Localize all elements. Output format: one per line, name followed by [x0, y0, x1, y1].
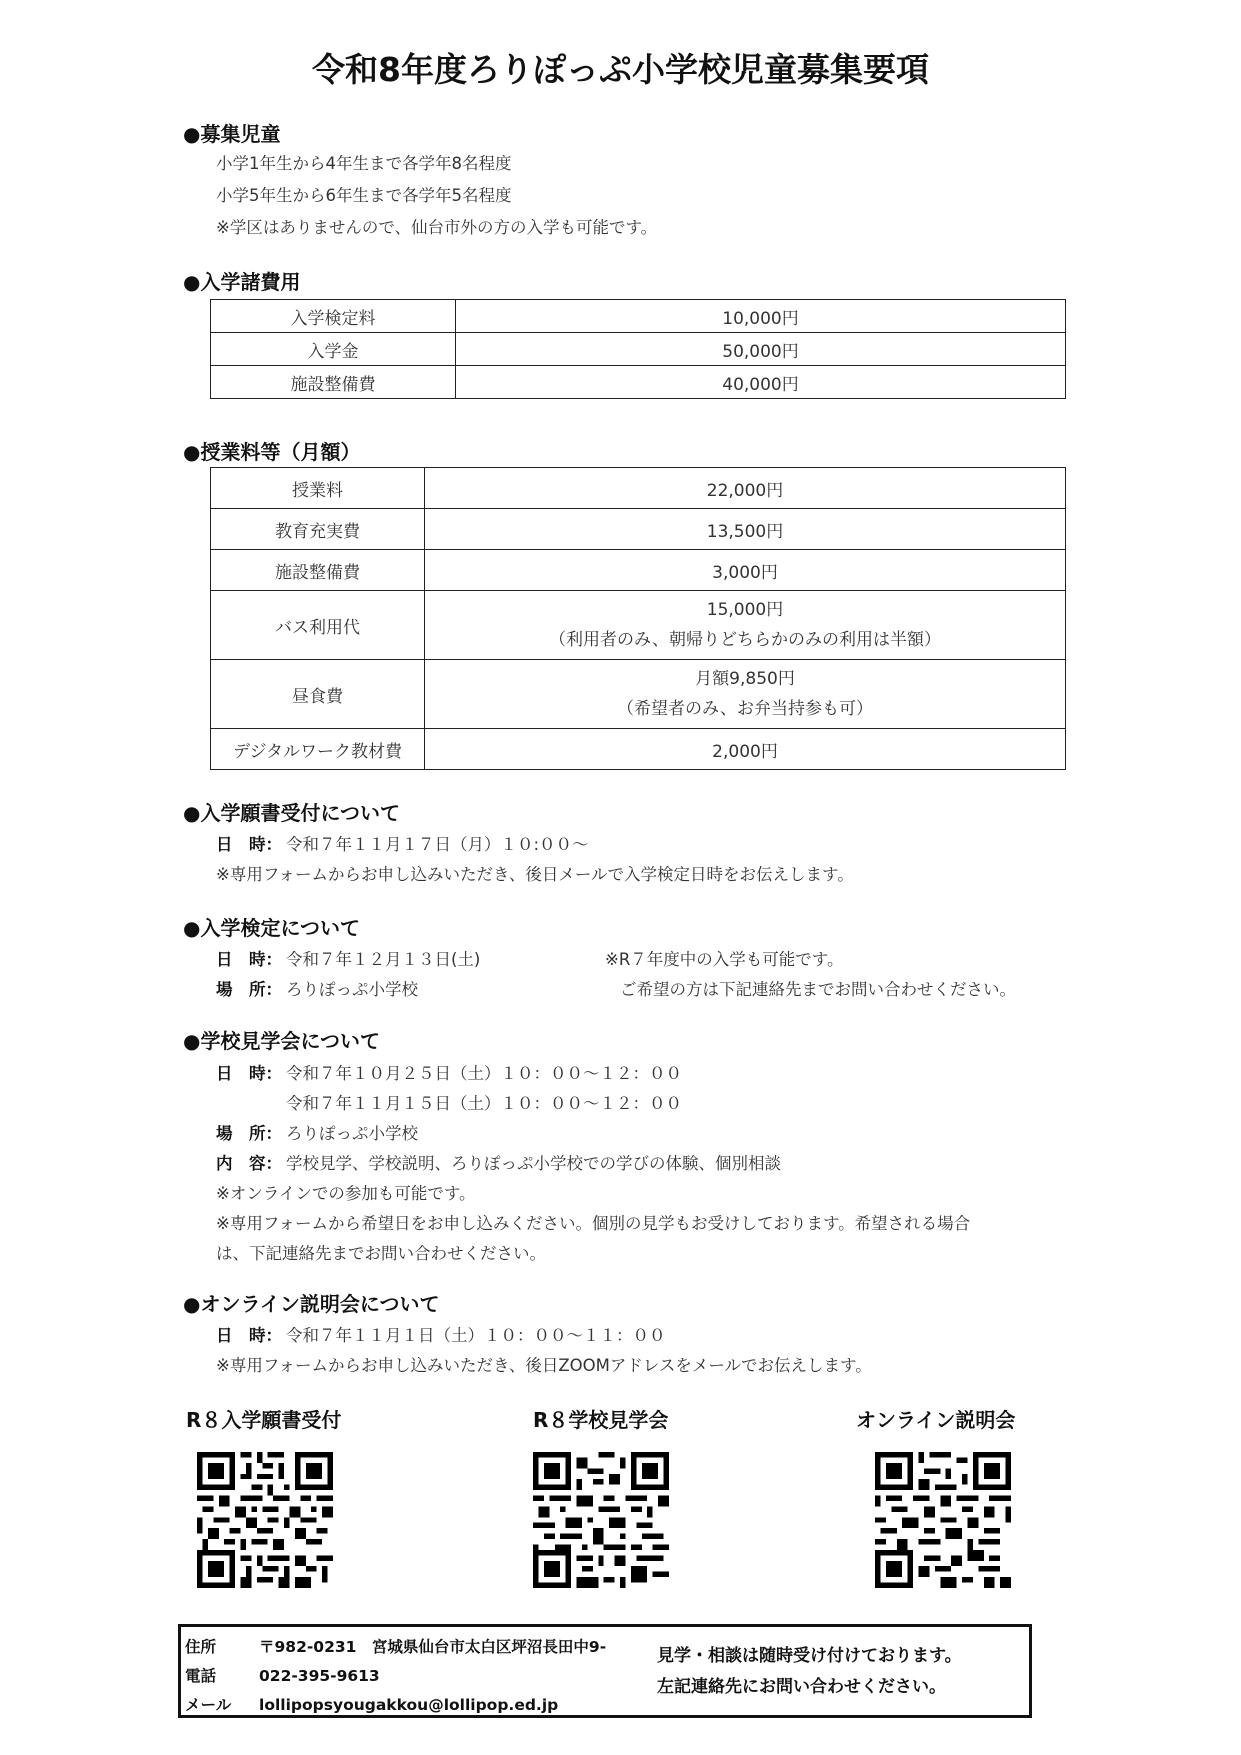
content-value: 学校見学、学校説明、ろりぽっぷ小学校での学びの体験、個別相談	[286, 1154, 781, 1173]
table-row: 授業料 22,000円	[211, 468, 1066, 509]
fee-amount-cell: 15,000円 （利用者のみ、朝帰りどちらかのみの利用は半額）	[425, 591, 1066, 660]
table-row: 入学金 50,000円	[211, 333, 1066, 366]
exam-datetime: 日 時：令和７年１２月１３日(土)	[216, 946, 480, 970]
fee-amount: 40,000円	[456, 366, 1066, 399]
online-datetime: 日 時：令和７年１１月１日（土）１０：００～１１：００	[216, 1322, 666, 1346]
table-row: 施設整備費 40,000円	[211, 366, 1066, 399]
fee-amount: 10,000円	[456, 300, 1066, 333]
fee-amount: 2,000円	[425, 729, 1066, 770]
email-value[interactable]: lollipopsyougakkou@lollipop.ed.jp	[259, 1696, 558, 1714]
fee-item: 入学金	[211, 333, 456, 366]
contact-box: 住所〒982-0231 宮城県仙台市太白区坪沼長田中9- 電話022-395-9…	[178, 1624, 1032, 1718]
datetime-label: 日 時：	[216, 946, 286, 970]
fee-amount-cell: 月額9,850円 （希望者のみ、お弁当持参も可）	[425, 660, 1066, 729]
datetime-label: 日 時：	[216, 1060, 286, 1084]
section-heading-entrance-fees: ●入学諸費用	[183, 266, 300, 295]
fee-item: 施設整備費	[211, 550, 425, 591]
exam-side-note: ご希望の方は下記連絡先までお問い合わせください。	[620, 976, 1016, 1000]
recruitment-line: 小学5年生から6年生まで各学年5名程度	[216, 182, 512, 206]
fee-amount: 月額9,850円	[425, 664, 1065, 694]
datetime-value: 令和７年１０月２５日（土）１０：００～１２：００	[286, 1064, 682, 1083]
qr-label-application: R８入学願書受付	[186, 1404, 341, 1433]
application-datetime: 日 時：令和７年１１月１７日（月）１０:００～	[216, 831, 589, 855]
place-label: 場 所：	[216, 1120, 286, 1144]
contact-email: メールlollipopsyougakkou@lollipop.ed.jp	[185, 1693, 558, 1715]
section-heading-exam: ●入学検定について	[183, 912, 360, 941]
fee-amount: 50,000円	[456, 333, 1066, 366]
qr-label-online: オンライン説明会	[856, 1404, 1015, 1433]
place-label: 場 所：	[216, 976, 286, 1000]
fee-amount: 22,000円	[425, 468, 1066, 509]
tour-place: 場 所：ろりぽっぷ小学校	[216, 1120, 418, 1144]
fee-amount: 13,500円	[425, 509, 1066, 550]
table-row: バス利用代 15,000円 （利用者のみ、朝帰りどちらかのみの利用は半額）	[211, 591, 1066, 660]
tour-note: ※オンラインでの参加も可能です。	[216, 1180, 476, 1204]
address-value: 〒982-0231 宮城県仙台市太白区坪沼長田中9-	[259, 1638, 606, 1656]
fee-item: 入学検定料	[211, 300, 456, 333]
fee-item: デジタルワーク教材費	[211, 729, 425, 770]
content-label: 内 容：	[216, 1150, 286, 1174]
table-row: 教育充実費 13,500円	[211, 509, 1066, 550]
fee-item: バス利用代	[211, 591, 425, 660]
email-label: メール	[185, 1693, 259, 1715]
fee-item: 昼食費	[211, 660, 425, 729]
tour-note: ※専用フォームから希望日をお申し込みください。個別の見学もお受けしております。希…	[216, 1210, 970, 1234]
phone-label: 電話	[185, 1664, 259, 1686]
fee-amount: 15,000円	[425, 595, 1065, 625]
section-heading-recruitment: ●募集児童	[183, 118, 280, 147]
tour-content: 内 容：学校見学、学校説明、ろりぽっぷ小学校での学びの体験、個別相談	[216, 1150, 781, 1174]
tour-datetime: 日 時：令和７年１０月２５日（土）１０：００～１２：００	[216, 1060, 682, 1084]
fee-item: 授業料	[211, 468, 425, 509]
fee-amount: 3,000円	[425, 550, 1066, 591]
table-row: 入学検定料 10,000円	[211, 300, 1066, 333]
online-note: ※専用フォームからお申し込みいただき、後日ZOOMアドレスをメールでお伝えします…	[216, 1352, 872, 1376]
section-heading-tour: ●学校見学会について	[183, 1025, 380, 1054]
section-heading-application: ●入学願書受付について	[183, 797, 400, 826]
datetime-label: 日 時：	[216, 1322, 286, 1346]
contact-address: 住所〒982-0231 宮城県仙台市太白区坪沼長田中9-	[185, 1635, 606, 1657]
tour-note: は、下記連絡先までお問い合わせください。	[216, 1240, 546, 1264]
qr-code-icon[interactable]	[533, 1452, 669, 1588]
fee-note: （利用者のみ、朝帰りどちらかのみの利用は半額）	[425, 625, 1065, 655]
table-row: デジタルワーク教材費 2,000円	[211, 729, 1066, 770]
entrance-fees-table: 入学検定料 10,000円 入学金 50,000円 施設整備費 40,000円	[210, 299, 1066, 399]
table-row: 施設整備費 3,000円	[211, 550, 1066, 591]
fee-item: 施設整備費	[211, 366, 456, 399]
qr-code-icon[interactable]	[875, 1452, 1011, 1588]
exam-side-note: ※R７年度中の入学も可能です。	[605, 946, 843, 970]
datetime-value: 令和７年１２月１３日(土)	[286, 950, 480, 969]
application-note: ※専用フォームからお申し込みいただき、後日メールで入学検定日時をお伝えします。	[216, 861, 854, 885]
qr-code-icon[interactable]	[197, 1452, 333, 1588]
section-heading-online: ●オンライン説明会について	[183, 1288, 439, 1317]
monthly-fees-table: 授業料 22,000円 教育充実費 13,500円 施設整備費 3,000円 バ…	[210, 467, 1066, 770]
datetime-label: 日 時：	[216, 831, 286, 855]
datetime-value: 令和７年１１月１７日（月）１０:００～	[286, 835, 589, 854]
section-heading-monthly-fees: ●授業料等（月額）	[183, 436, 360, 465]
place-value: ろりぽっぷ小学校	[286, 980, 418, 999]
page-title: 令和8年度ろりぽっぷ小学校児童募集要項	[0, 44, 1241, 91]
address-label: 住所	[185, 1635, 259, 1657]
contact-note: 左記連絡先にお問い合わせください。	[651, 1672, 946, 1697]
exam-place: 場 所：ろりぽっぷ小学校	[216, 976, 418, 1000]
phone-value: 022-395-9613	[259, 1667, 380, 1685]
fee-note: （希望者のみ、お弁当持参も可）	[425, 694, 1065, 724]
table-row: 昼食費 月額9,850円 （希望者のみ、お弁当持参も可）	[211, 660, 1066, 729]
recruitment-line: 小学1年生から4年生まで各学年8名程度	[216, 150, 512, 174]
contact-phone: 電話022-395-9613	[185, 1664, 380, 1686]
datetime-value: 令和７年１１月１日（土）１０：００～１１：００	[286, 1326, 666, 1345]
fee-item: 教育充実費	[211, 509, 425, 550]
contact-note: 見学・相談は随時受け付けております。	[651, 1641, 962, 1666]
tour-datetime-2: 令和７年１１月１５日（土）１０：００～１２：００	[286, 1090, 682, 1114]
place-value: ろりぽっぷ小学校	[286, 1124, 418, 1143]
recruitment-note: ※学区はありませんので、仙台市外の方の入学も可能です。	[216, 214, 657, 238]
qr-label-tour: R８学校見学会	[533, 1404, 668, 1433]
